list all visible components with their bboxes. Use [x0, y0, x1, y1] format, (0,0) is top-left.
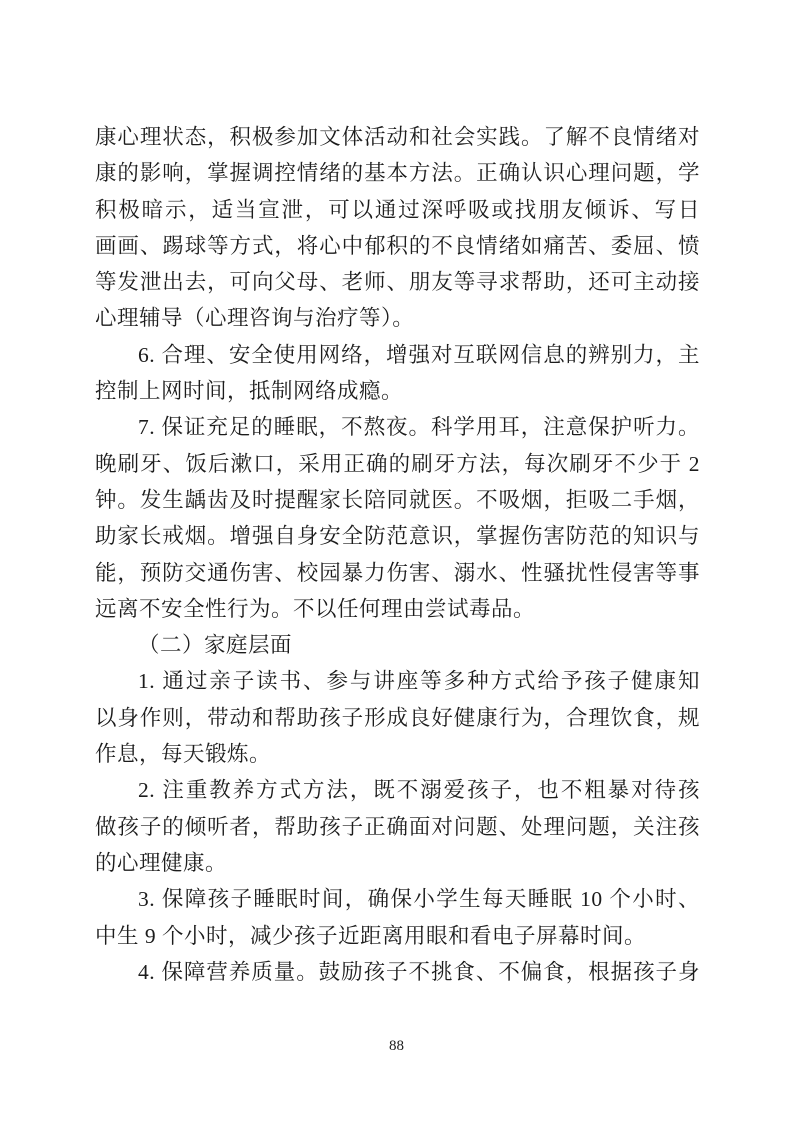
text-line: 控制上网时间，抵制网络成瘾。 [95, 373, 700, 409]
text-line: 中生 9 个小时，减少孩子近距离用眼和看电子屏幕时间。 [95, 918, 700, 954]
text-line: 远离不安全性行为。不以任何理由尝试毒品。 [95, 591, 700, 627]
text-line: 2. 注重教养方式方法，既不溺爱孩子，也不粗暴对待孩子。 [95, 772, 700, 808]
text-line: 7. 保证充足的睡眠，不熬夜。科学用耳，注意保护听力。早 [95, 409, 700, 445]
text-line: 钟。发生龋齿及时提醒家长陪同就医。不吸烟，拒吸二手烟，帮 [95, 482, 700, 518]
text-line: 做孩子的倾听者，帮助孩子正确面对问题、处理问题，关注孩子 [95, 809, 700, 845]
text-line: 3. 保障孩子睡眠时间，确保小学生每天睡眠 10 个小时、初 [95, 881, 700, 917]
text-line: 助家长戒烟。增强自身安全防范意识，掌握伤害防范的知识与技 [95, 518, 700, 554]
text-line: 等发泄出去，可向父母、老师、朋友等寻求帮助，还可主动接受 [95, 264, 700, 300]
text-line: 作息，每天锻炼。 [95, 736, 700, 772]
document-page: 康心理状态，积极参加文体活动和社会实践。了解不良情绪对健康的影响，掌握调控情绪的… [0, 0, 793, 1122]
text-line: 积极暗示，适当宣泄，可以通过深呼吸或找朋友倾诉、写日记、 [95, 192, 700, 228]
text-line: 6. 合理、安全使用网络，增强对互联网信息的辨别力，主动 [95, 337, 700, 373]
text-line: 心理辅导（心理咨询与治疗等）。 [95, 300, 700, 336]
text-line: 画画、踢球等方式，将心中郁积的不良情绪如痛苦、委屈、愤怒 [95, 228, 700, 264]
text-line: 1. 通过亲子读书、参与讲座等多种方式给予孩子健康知识， [95, 663, 700, 699]
text-line: 4. 保障营养质量。鼓励孩子不挑食、不偏食，根据孩子身体 [95, 954, 700, 990]
text-line: 晚刷牙、饭后漱口，采用正确的刷牙方法，每次刷牙不少于 2 分 [95, 446, 700, 482]
text-line: 康的影响，掌握调控情绪的基本方法。正确认识心理问题，学会 [95, 155, 700, 191]
text-line: 康心理状态，积极参加文体活动和社会实践。了解不良情绪对健 [95, 119, 700, 155]
text-line: （二）家庭层面 [95, 627, 700, 663]
page-number: 88 [0, 1036, 793, 1056]
text-line: 能，预防交通伤害、校园暴力伤害、溺水、性骚扰性侵害等事故。 [95, 555, 700, 591]
document-body: 康心理状态，积极参加文体活动和社会实践。了解不良情绪对健康的影响，掌握调控情绪的… [95, 119, 700, 990]
text-line: 的心理健康。 [95, 845, 700, 881]
text-line: 以身作则，带动和帮助孩子形成良好健康行为，合理饮食，规律 [95, 700, 700, 736]
